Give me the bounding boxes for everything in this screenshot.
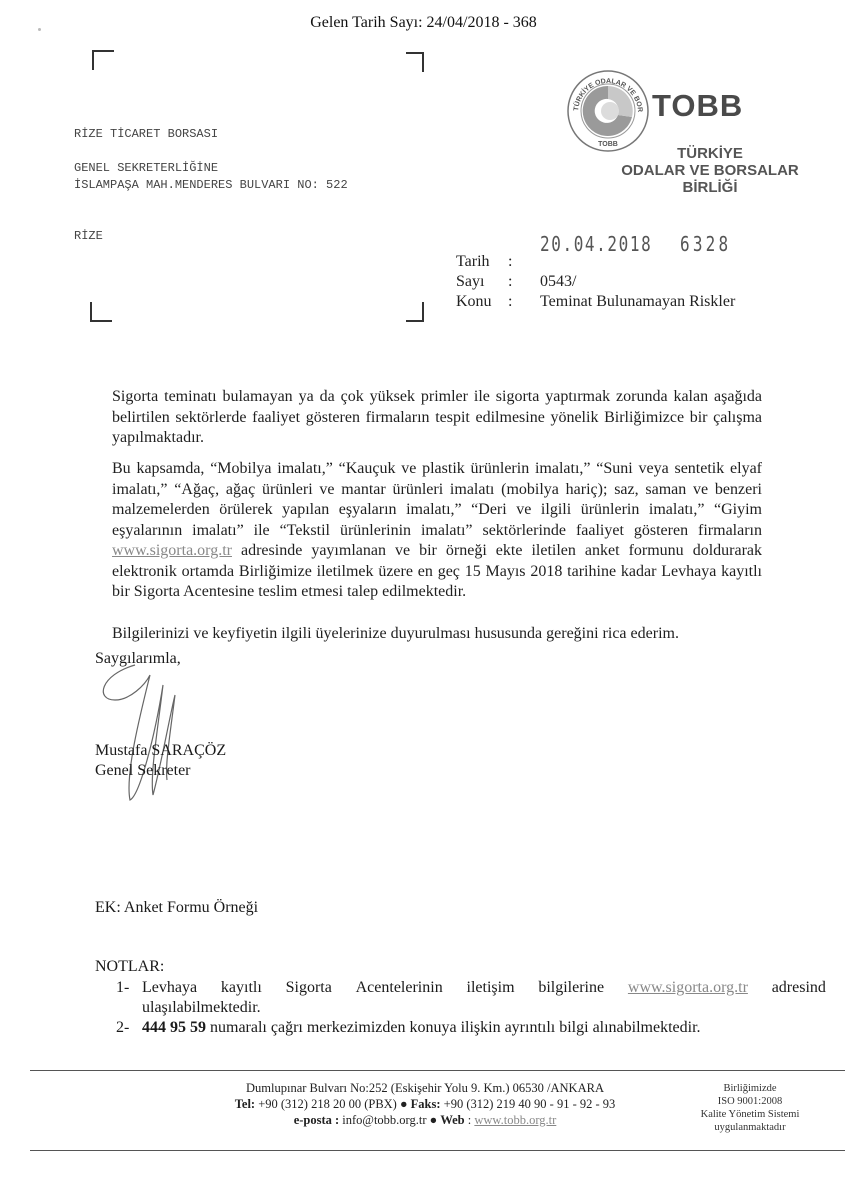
meta-colon: : bbox=[508, 272, 540, 292]
meta-value: Teminat Bulunamayan Riskler bbox=[540, 292, 735, 312]
note-line-2: ulaşılabilmektedir. bbox=[142, 998, 826, 1018]
meta-value: 0543/ bbox=[540, 272, 576, 292]
footer-divider-bottom bbox=[30, 1150, 845, 1151]
notes-title: NOTLAR: bbox=[95, 958, 164, 976]
note-item-2: 2- 444 95 59 numaralı çağrı merkezimizde… bbox=[116, 1018, 826, 1038]
org-name-line: TÜRKİYE bbox=[610, 145, 810, 162]
note-word: iletişim bbox=[467, 978, 515, 998]
window-corner-top-left bbox=[92, 50, 114, 70]
brand-name: TOBB bbox=[652, 88, 743, 124]
meta-colon: : bbox=[508, 292, 540, 312]
recipient-address: RİZE TİCARET BORSASI GENEL SEKRETERLİĞİN… bbox=[74, 126, 348, 245]
notes-list: 1- Levhaya kayıtlı Sigorta Acentelerinin… bbox=[116, 978, 826, 1038]
body-paragraph-2: Bu kapsamda, “Mobilya imalatı,” “Kauçuk … bbox=[112, 459, 762, 603]
note-word: Sigorta bbox=[286, 978, 332, 998]
recipient-line: RİZE bbox=[74, 228, 348, 245]
tobb-logo-icon: TÜRKİYE ODALAR VE BORSALAR BİRLİĞİ TOBB bbox=[566, 69, 650, 153]
signer-block: Mustafa SARAÇÖZ Genel Sekreter bbox=[95, 741, 226, 781]
note-number: 2- bbox=[116, 1018, 142, 1038]
iso-notice: Birliğimizde ISO 9001:2008 Kalite Yöneti… bbox=[680, 1082, 820, 1134]
meta-row-subject: Konu : Teminat Bulunamayan Riskler bbox=[456, 292, 735, 312]
meta-label: Konu bbox=[456, 292, 508, 312]
meta-row-number: Sayı : 0543/ bbox=[456, 272, 735, 292]
meta-label: Tarih bbox=[456, 252, 508, 272]
bullet-icon: ● bbox=[430, 1113, 438, 1127]
org-name-line: ODALAR VE BORSALAR bbox=[610, 162, 810, 179]
signature-icon bbox=[95, 655, 205, 805]
recipient-line: RİZE TİCARET BORSASI bbox=[74, 126, 348, 143]
note-item-1: 1- Levhaya kayıtlı Sigorta Acentelerinin… bbox=[116, 978, 826, 1018]
footer-contact-line: e-posta : info@tobb.org.tr ● Web : www.t… bbox=[160, 1112, 690, 1128]
note-word: kayıtlı bbox=[221, 978, 262, 998]
recipient-line: İSLAMPAŞA MAH.MENDERES BULVARI NO: 522 bbox=[74, 177, 348, 194]
body-paragraph-3: Bilgilerinizi ve keyfiyetin ilgili üyele… bbox=[112, 624, 762, 645]
recipient-line: GENEL SEKRETERLİĞİNE bbox=[74, 160, 348, 177]
footer-street: Dumlupınar Bulvarı No:252 (Eskişehir Yol… bbox=[160, 1080, 690, 1096]
meta-row-date: Tarih : bbox=[456, 252, 735, 272]
note-word: Levhaya bbox=[142, 978, 197, 998]
recipient-line bbox=[74, 194, 348, 211]
signer-name: Mustafa SARAÇÖZ bbox=[95, 741, 226, 761]
body-paragraph-1: Sigorta teminatı bulamayan ya da çok yük… bbox=[112, 387, 762, 449]
org-name-line: BİRLİĞİ bbox=[610, 179, 810, 196]
window-corner-bottom-right bbox=[406, 302, 424, 322]
note-word: Acentelerinin bbox=[356, 978, 443, 998]
window-corner-top-right bbox=[406, 52, 424, 72]
footer-divider-top bbox=[30, 1070, 845, 1071]
note-text: numaralı çağrı merkezimizden konuya iliş… bbox=[206, 1019, 701, 1036]
letter-meta: Tarih : Sayı : 0543/ Konu : Teminat Bulu… bbox=[456, 252, 735, 312]
footer-address: Dumlupınar Bulvarı No:252 (Eskişehir Yol… bbox=[160, 1080, 690, 1128]
footer-web-link[interactable]: www.tobb.org.tr bbox=[474, 1113, 556, 1127]
sigorta-link[interactable]: www.sigorta.org.tr bbox=[112, 542, 232, 559]
sigorta-link[interactable]: www.sigorta.org.tr bbox=[628, 978, 748, 998]
meta-colon: : bbox=[508, 252, 540, 272]
org-name: TÜRKİYE ODALAR VE BORSALAR BİRLİĞİ bbox=[610, 145, 810, 196]
note-word: bilgilerine bbox=[538, 978, 604, 998]
note-word: adresind bbox=[772, 978, 826, 998]
recipient-line bbox=[74, 211, 348, 228]
signer-title: Genel Sekreter bbox=[95, 761, 226, 781]
footer-email[interactable]: info@tobb.org.tr bbox=[339, 1113, 429, 1127]
note-number: 1- bbox=[116, 978, 142, 1018]
window-corner-bottom-left bbox=[90, 302, 112, 322]
incoming-stamp: Gelen Tarih Sayı: 24/04/2018 - 368 bbox=[0, 14, 847, 32]
meta-label: Sayı bbox=[456, 272, 508, 292]
recipient-line bbox=[74, 143, 348, 160]
bullet-icon: ● bbox=[400, 1097, 408, 1111]
footer-phone-line: Tel: +90 (312) 218 20 00 (PBX) ● Faks: +… bbox=[160, 1096, 690, 1112]
attachment-note: EK: Anket Formu Örneği bbox=[95, 899, 258, 917]
paragraph-text: Bu kapsamda, “Mobilya imalatı,” “Kauçuk … bbox=[112, 460, 762, 539]
call-center-number: 444 95 59 bbox=[142, 1019, 206, 1036]
